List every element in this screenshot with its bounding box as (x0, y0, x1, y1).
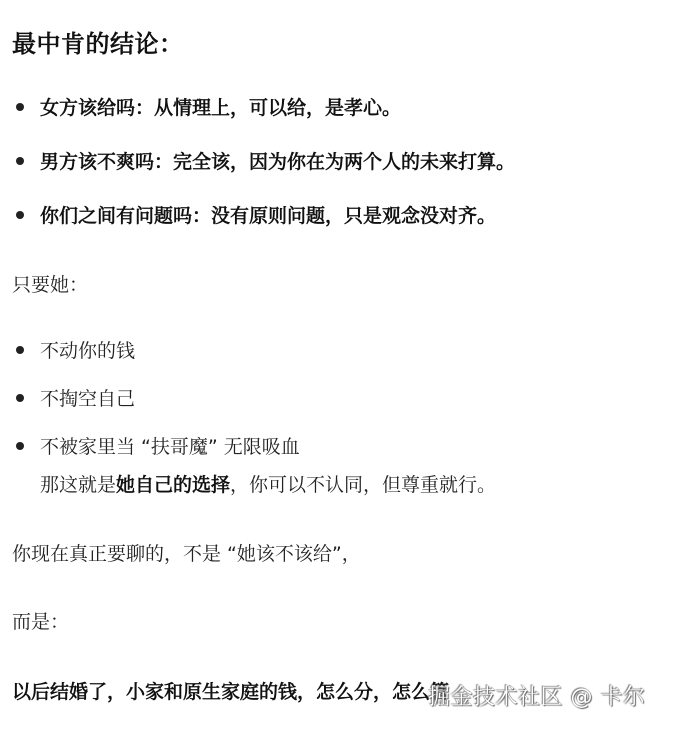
conclusion-text: 女方该给吗：从情理上，可以给，是孝心。 (40, 93, 401, 120)
conclusion-text: 你们之间有问题吗：没有原则问题，只是观念没对齐。 (40, 201, 496, 228)
condition-intro: 只要她： (12, 270, 88, 297)
conclusion-text: 男方该不爽吗：完全该，因为你在为两个人的未来打算。 (40, 147, 515, 174)
final-point: 以后结婚了，小家和原生家庭的钱，怎么分，怎么管 (12, 677, 449, 704)
bullet-icon (16, 103, 24, 111)
choice-suffix: ，你可以不认同，但尊重就行。 (230, 474, 496, 496)
section-heading: 最中肯的结论： (12, 24, 184, 59)
conclusion-item: 你们之间有问题吗：没有原则问题，只是观念没对齐。 (16, 201, 496, 228)
bullet-icon (16, 394, 24, 402)
condition-text: 不掏空自己 (40, 384, 135, 411)
choice-line: 那这就是她自己的选择，你可以不认同，但尊重就行。 (40, 470, 496, 497)
condition-item: 不掏空自己 (16, 384, 135, 411)
conclusion-item: 男方该不爽吗：完全该，因为你在为两个人的未来打算。 (16, 147, 515, 174)
choice-bold: 她自己的选择 (116, 474, 230, 496)
real-topic-paragraph: 你现在真正要聊的，不是 “她该不该给”， (12, 539, 361, 566)
condition-text: 不动你的钱 (40, 336, 135, 363)
condition-text: 不被家里当 “扶哥魔” 无限吸血 (40, 432, 300, 459)
bullet-icon (16, 442, 24, 450)
bullet-icon (16, 346, 24, 354)
bullet-icon (16, 157, 24, 165)
but-is-paragraph: 而是： (12, 607, 69, 634)
choice-prefix: 那这就是 (40, 474, 116, 496)
condition-item: 不被家里当 “扶哥魔” 无限吸血 (16, 432, 300, 459)
condition-item: 不动你的钱 (16, 336, 135, 363)
conclusion-item: 女方该给吗：从情理上，可以给，是孝心。 (16, 93, 401, 120)
bullet-icon (16, 211, 24, 219)
watermark: 掘金技术社区 @ 卡尔 (428, 680, 646, 711)
